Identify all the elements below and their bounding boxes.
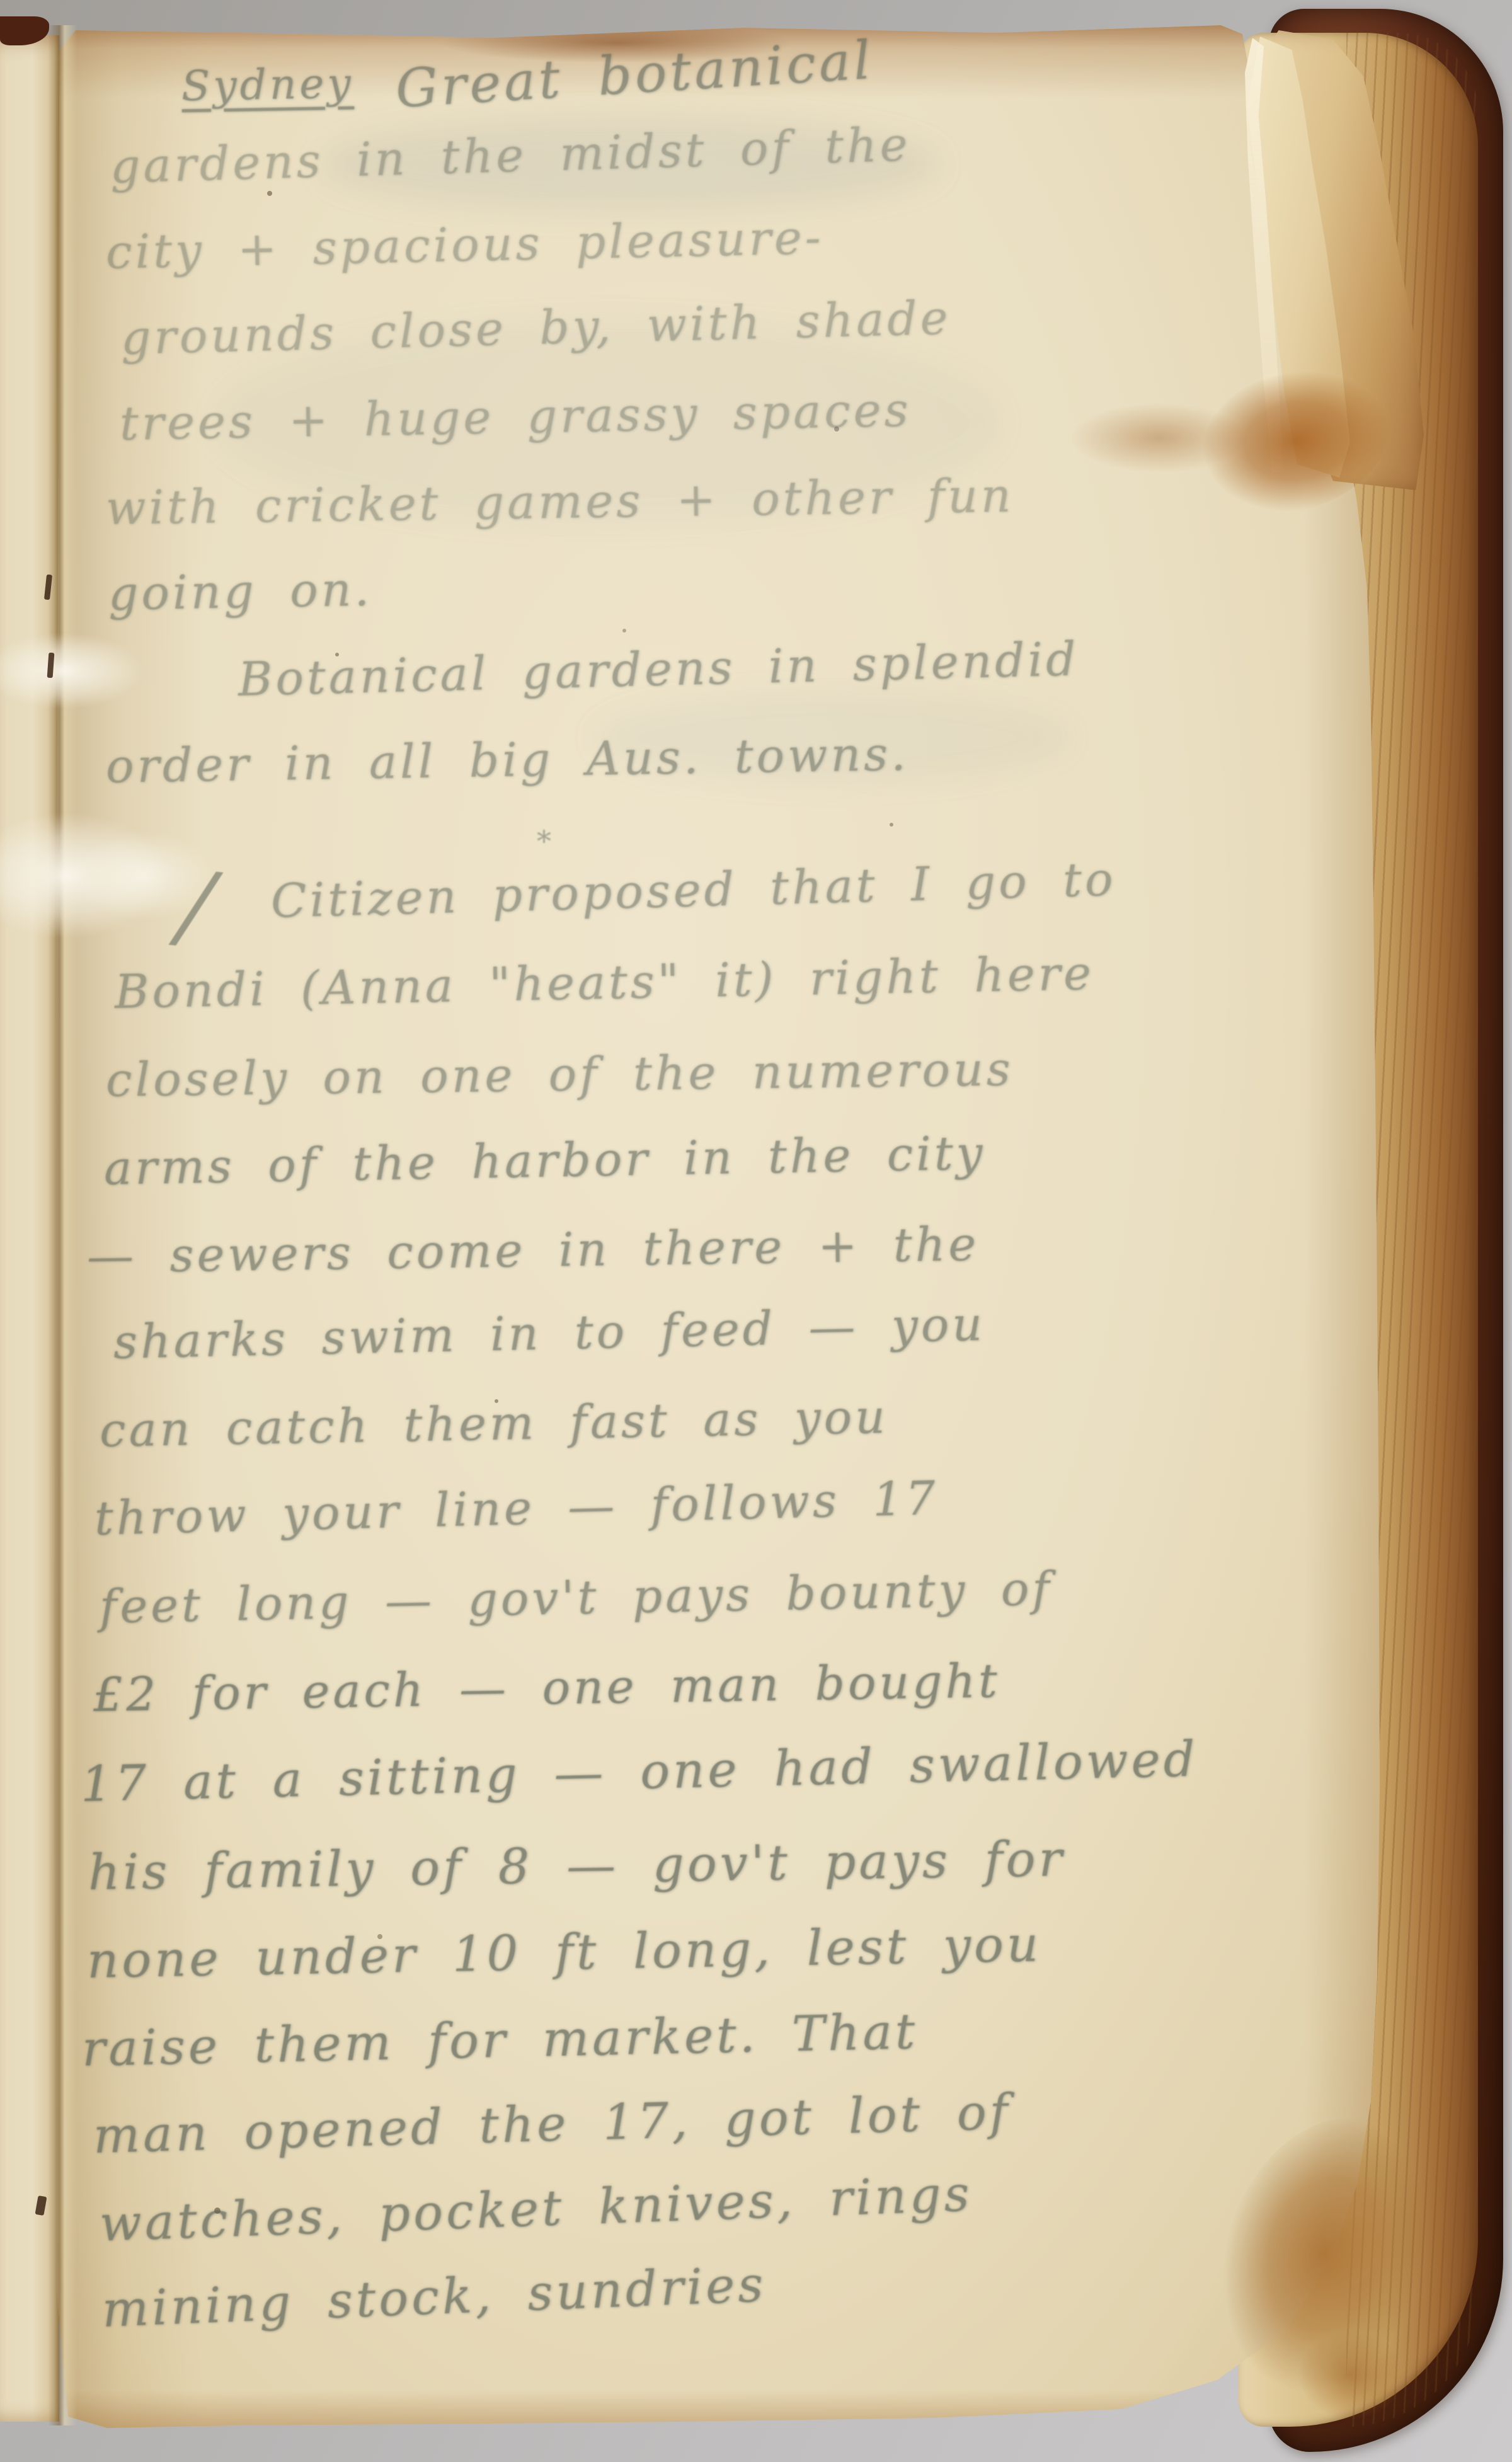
handwriting-line: Bondi (Anna "heats" it) right here bbox=[114, 950, 1094, 1016]
heading-rest: Great botanical bbox=[394, 33, 874, 115]
handwriting-line: Citizen proposed that I go to bbox=[270, 856, 1116, 925]
caret-mark: * bbox=[537, 824, 551, 858]
handwriting-line: Botanical gardens in splendid bbox=[238, 636, 1079, 703]
handwriting-line: 17 at a sitting — one had swallowed bbox=[80, 1735, 1198, 1809]
handwriting-line: mining stock, sundries bbox=[101, 2260, 767, 2335]
handwriting-line: with cricket games + other fun bbox=[105, 472, 1014, 532]
handwriting-line: going on. bbox=[108, 566, 372, 617]
margin-slash-mark: / bbox=[175, 850, 217, 963]
handwriting-line: — sewers come in there + the bbox=[86, 1221, 979, 1280]
handwriting-line: closely on one of the numerous bbox=[106, 1046, 1014, 1104]
handwriting-line: throw your line — follows 17 bbox=[94, 1475, 939, 1542]
handwriting-line: city + spacious pleasure- bbox=[105, 214, 824, 276]
handwriting-line: none under 10 ft long, lest you bbox=[86, 1920, 1041, 1986]
handwriting-heading: SydneyGreat botanical bbox=[181, 54, 874, 107]
heading-word-underlined: Sydney bbox=[181, 63, 354, 108]
handwriting-line: arms of the harbor in the city bbox=[103, 1130, 986, 1192]
handwriting-layer: SydneyGreat botanical gardens in the mid… bbox=[0, 0, 1512, 2462]
handwriting-line: raise them for market. That bbox=[81, 2007, 919, 2074]
handwriting-line: feet long — gov't pays bounty of bbox=[99, 1566, 1053, 1630]
handwriting-line: can catch them fast as you bbox=[99, 1394, 888, 1454]
handwriting-line: £2 for each — one man bought bbox=[93, 1658, 1000, 1719]
handwriting-line: man opened the 17, got lot of bbox=[93, 2088, 1011, 2161]
handwriting-line: trees + huge grassy spaces bbox=[119, 387, 912, 447]
handwriting-line: grounds close by, with shade bbox=[120, 295, 951, 362]
handwriting-line: gardens in the midst of the bbox=[110, 122, 911, 190]
handwriting-line: watches, pocket knives, rings bbox=[99, 2170, 973, 2249]
handwriting-line: his family of 8 — gov't pays for bbox=[88, 1835, 1065, 1898]
handwriting-line: sharks swim in to feed — you bbox=[113, 1301, 985, 1366]
handwriting-line: order in all big Aus. towns. bbox=[105, 731, 909, 790]
